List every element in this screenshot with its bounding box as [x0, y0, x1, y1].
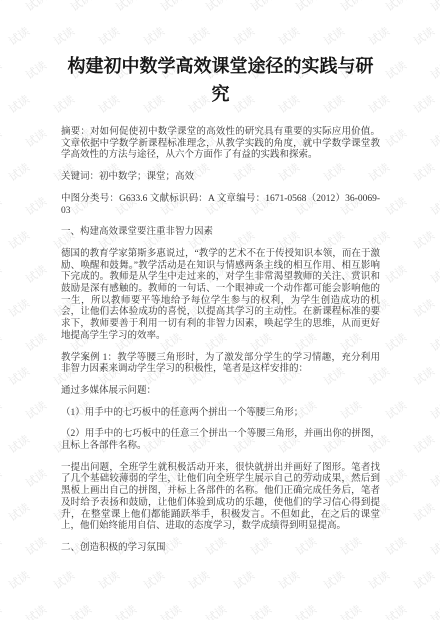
- classification-text: 中图分类号：G633.6 文献标识码：A 文章编号：1671-0568（2012…: [61, 194, 380, 217]
- watermark-text: 试读: [5, 499, 32, 525]
- watermark-text: 试读: [230, 567, 257, 593]
- watermark-text: 试读: [410, 159, 437, 185]
- watermark-text: 试读: [427, 261, 440, 287]
- watermark-text: 试读: [410, 363, 437, 389]
- keywords-text: 关键词：初中数学；课堂；高效: [61, 172, 380, 184]
- watermark-text: 试读: [95, 567, 122, 593]
- watermark-text: 试读: [185, 567, 212, 593]
- abstract-text: 摘要：对如何促使初中数学课堂的高效性的研究具有重要的实际应用价值。文章依据中学数…: [61, 127, 380, 162]
- watermark-text: 试读: [382, 601, 409, 620]
- watermark-text: 试读: [0, 601, 5, 620]
- watermark-text: 试读: [382, 533, 409, 559]
- watermark-text: 试读: [5, 227, 32, 253]
- watermark-text: 试读: [427, 533, 440, 559]
- watermark-text: 试读: [22, 329, 49, 355]
- watermark-text: 试读: [0, 125, 5, 151]
- watermark-text: 试读: [427, 57, 440, 83]
- watermark-text: 试读: [5, 23, 32, 49]
- document-page: 试读试读试读试读试读试读试读试读试读试读试读试读试读试读试读试读试读试读试读试读…: [0, 0, 440, 620]
- watermark-text: 试读: [410, 91, 437, 117]
- watermark-text: 试读: [0, 261, 5, 287]
- watermark-text: 试读: [410, 567, 437, 593]
- watermark-text: 试读: [382, 57, 409, 83]
- watermark-text: 试读: [247, 601, 274, 620]
- watermark-text: 试读: [427, 0, 440, 15]
- watermark-text: 试读: [427, 193, 440, 219]
- watermark-text: 试读: [5, 431, 32, 457]
- watermark-text: 试读: [292, 601, 319, 620]
- watermark-text: 试读: [382, 329, 409, 355]
- watermark-text: 试读: [5, 567, 32, 593]
- watermark-text: 试读: [0, 0, 5, 15]
- watermark-text: 试读: [140, 567, 167, 593]
- watermark-text: 试读: [0, 193, 5, 219]
- watermark-text: 试读: [0, 465, 5, 491]
- page-title: 构建初中数学高效课堂途径的实践与研究: [61, 52, 380, 108]
- document-content: 构建初中数学高效课堂途径的实践与研究 摘要：对如何促使初中数学课堂的高效性的研究…: [61, 0, 380, 565]
- watermark-text: 试读: [157, 601, 184, 620]
- watermark-text: 试读: [410, 431, 437, 457]
- watermark-text: 试读: [50, 567, 77, 593]
- watermark-text: 试读: [22, 601, 49, 620]
- watermark-text: 试读: [0, 329, 5, 355]
- paragraph-1: 德国的教育学家第斯多惠说过，“教学的艺术不在于传授知识本领，而在于激励、唤醒和鼓…: [61, 249, 380, 343]
- watermark-text: 试读: [410, 23, 437, 49]
- paragraph-2: 教学案例 1：教学等腰三角形时，为了激发部分学生的学习情趣，充分利用非智力因素来…: [61, 353, 380, 376]
- watermark-text: 试读: [365, 567, 392, 593]
- watermark-text: 试读: [67, 601, 94, 620]
- watermark-text: 试读: [427, 125, 440, 151]
- watermark-text: 试读: [5, 295, 32, 321]
- watermark-text: 试读: [427, 601, 440, 620]
- watermark-text: 试读: [22, 0, 49, 15]
- watermark-text: 试读: [22, 397, 49, 423]
- watermark-text: 试读: [382, 125, 409, 151]
- section-heading-2: 二、创造积极的学习氛围: [61, 543, 380, 555]
- watermark-text: 试读: [382, 397, 409, 423]
- watermark-text: 试读: [427, 397, 440, 423]
- watermark-text: 试读: [22, 261, 49, 287]
- watermark-text: 试读: [337, 601, 364, 620]
- watermark-text: 试读: [382, 0, 409, 15]
- watermark-text: 试读: [0, 397, 5, 423]
- paragraph-6: 一提出问题，全班学生就积极活动开来，很快就拼出并画好了图形。笔者找了几个基础较薄…: [61, 463, 380, 533]
- watermark-text: 试读: [5, 363, 32, 389]
- watermark-text: 试读: [5, 159, 32, 185]
- watermark-text: 试读: [202, 601, 229, 620]
- watermark-text: 试读: [427, 465, 440, 491]
- watermark-text: 试读: [5, 91, 32, 117]
- watermark-text: 试读: [427, 329, 440, 355]
- watermark-text: 试读: [382, 193, 409, 219]
- paragraph-4: （1）用手中的七巧板中的任意两个拼出一个等腰三角形；: [61, 408, 380, 420]
- watermark-text: 试读: [22, 125, 49, 151]
- watermark-text: 试读: [22, 533, 49, 559]
- watermark-text: 试读: [22, 57, 49, 83]
- watermark-text: 试读: [22, 465, 49, 491]
- watermark-text: 试读: [410, 295, 437, 321]
- watermark-text: 试读: [410, 227, 437, 253]
- watermark-text: 试读: [275, 567, 302, 593]
- watermark-text: 试读: [382, 261, 409, 287]
- watermark-text: 试读: [320, 567, 347, 593]
- paragraph-3: 通过多媒体展示问题：: [61, 386, 380, 398]
- section-heading-1: 一、构建高效课堂要注重非智力因素: [61, 227, 380, 239]
- watermark-text: 试读: [0, 533, 5, 559]
- watermark-text: 试读: [112, 601, 139, 620]
- watermark-text: 试读: [410, 499, 437, 525]
- watermark-text: 试读: [0, 57, 5, 83]
- paragraph-5: （2）用手中的七巧板中的任意三个拼出一个等腰三角形，并画出你的拼图，且标上各部件…: [61, 429, 380, 452]
- watermark-text: 试读: [22, 193, 49, 219]
- watermark-text: 试读: [382, 465, 409, 491]
